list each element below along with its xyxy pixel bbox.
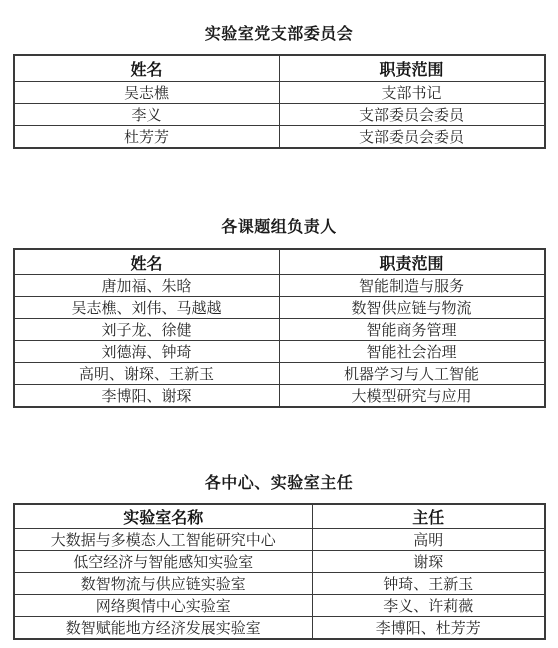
name-cell: 刘德海、钟琦 — [14, 341, 280, 363]
lab-name-cell: 网络舆情中心实验室 — [14, 595, 313, 617]
party-committee-title: 实验室党支部委员会 — [0, 0, 558, 54]
table-row: 网络舆情中心实验室 李义、许莉薇 — [14, 595, 545, 617]
director-cell: 李义、许莉薇 — [312, 595, 544, 617]
table-row: 李义 支部委员会委员 — [14, 104, 545, 126]
column-header-name: 姓名 — [14, 55, 280, 82]
role-cell: 智能社会治理 — [279, 341, 545, 363]
document-page: 实验室党支部委员会 姓名 职责范围 吴志樵 支部书记 李义 支部委员会委员 — [0, 0, 558, 648]
name-cell: 李博阳、谢琛 — [14, 385, 280, 408]
table-row: 吴志樵、刘伟、马越越 数智供应链与物流 — [14, 297, 545, 319]
director-cell: 高明 — [312, 529, 544, 551]
table-row: 数智物流与供应链实验室 钟琦、王新玉 — [14, 573, 545, 595]
name-cell: 高明、谢琛、王新玉 — [14, 363, 280, 385]
table-header-row: 姓名 职责范围 — [14, 249, 545, 275]
lab-directors-table: 实验室名称 主任 大数据与多模态人工智能研究中心 高明 低空经济与智能感知实验室… — [13, 503, 546, 640]
lab-directors-title: 各中心、实验室主任 — [0, 408, 558, 503]
column-header-name: 姓名 — [14, 249, 280, 275]
group-leaders-title: 各课题组负责人 — [0, 149, 558, 248]
name-cell: 吴志樵 — [14, 82, 280, 104]
table-row: 低空经济与智能感知实验室 谢琛 — [14, 551, 545, 573]
section-research-group-leaders: 各课题组负责人 姓名 职责范围 唐加福、朱晗 智能制造与服务 吴志樵、刘伟、马越… — [0, 149, 558, 408]
party-committee-table: 姓名 职责范围 吴志樵 支部书记 李义 支部委员会委员 杜芳芳 支部委员会委员 — [13, 54, 546, 149]
table-header-row: 实验室名称 主任 — [14, 504, 545, 529]
table-row: 数智赋能地方经济发展实验室 李博阳、杜芳芳 — [14, 617, 545, 640]
role-cell: 数智供应链与物流 — [279, 297, 545, 319]
table-header-row: 姓名 职责范围 — [14, 55, 545, 82]
role-cell: 大模型研究与应用 — [279, 385, 545, 408]
lab-name-cell: 低空经济与智能感知实验室 — [14, 551, 313, 573]
name-cell: 唐加福、朱晗 — [14, 275, 280, 297]
role-cell: 支部委员会委员 — [279, 126, 545, 149]
lab-name-cell: 数智赋能地方经济发展实验室 — [14, 617, 313, 640]
column-header-role: 职责范围 — [279, 249, 545, 275]
name-cell: 刘子龙、徐健 — [14, 319, 280, 341]
section-party-branch-committee: 实验室党支部委员会 姓名 职责范围 吴志樵 支部书记 李义 支部委员会委员 — [0, 0, 558, 149]
name-cell: 李义 — [14, 104, 280, 126]
name-cell: 吴志樵、刘伟、马越越 — [14, 297, 280, 319]
lab-name-cell: 数智物流与供应链实验室 — [14, 573, 313, 595]
role-cell: 支部书记 — [279, 82, 545, 104]
column-header-director: 主任 — [312, 504, 544, 529]
role-cell: 支部委员会委员 — [279, 104, 545, 126]
director-cell: 谢琛 — [312, 551, 544, 573]
name-cell: 杜芳芳 — [14, 126, 280, 149]
table-row: 唐加福、朱晗 智能制造与服务 — [14, 275, 545, 297]
role-cell: 机器学习与人工智能 — [279, 363, 545, 385]
lab-name-cell: 大数据与多模态人工智能研究中心 — [14, 529, 313, 551]
group-leaders-table: 姓名 职责范围 唐加福、朱晗 智能制造与服务 吴志樵、刘伟、马越越 数智供应链与… — [13, 248, 546, 408]
director-cell: 钟琦、王新玉 — [312, 573, 544, 595]
table-row: 杜芳芳 支部委员会委员 — [14, 126, 545, 149]
column-header-lab-name: 实验室名称 — [14, 504, 313, 529]
role-cell: 智能制造与服务 — [279, 275, 545, 297]
table-row: 刘子龙、徐健 智能商务管理 — [14, 319, 545, 341]
table-row: 大数据与多模态人工智能研究中心 高明 — [14, 529, 545, 551]
table-row: 吴志樵 支部书记 — [14, 82, 545, 104]
table-row: 李博阳、谢琛 大模型研究与应用 — [14, 385, 545, 408]
section-center-lab-directors: 各中心、实验室主任 实验室名称 主任 大数据与多模态人工智能研究中心 高明 低空… — [0, 408, 558, 640]
table-row: 刘德海、钟琦 智能社会治理 — [14, 341, 545, 363]
table-row: 高明、谢琛、王新玉 机器学习与人工智能 — [14, 363, 545, 385]
role-cell: 智能商务管理 — [279, 319, 545, 341]
director-cell: 李博阳、杜芳芳 — [312, 617, 544, 640]
column-header-role: 职责范围 — [279, 55, 545, 82]
